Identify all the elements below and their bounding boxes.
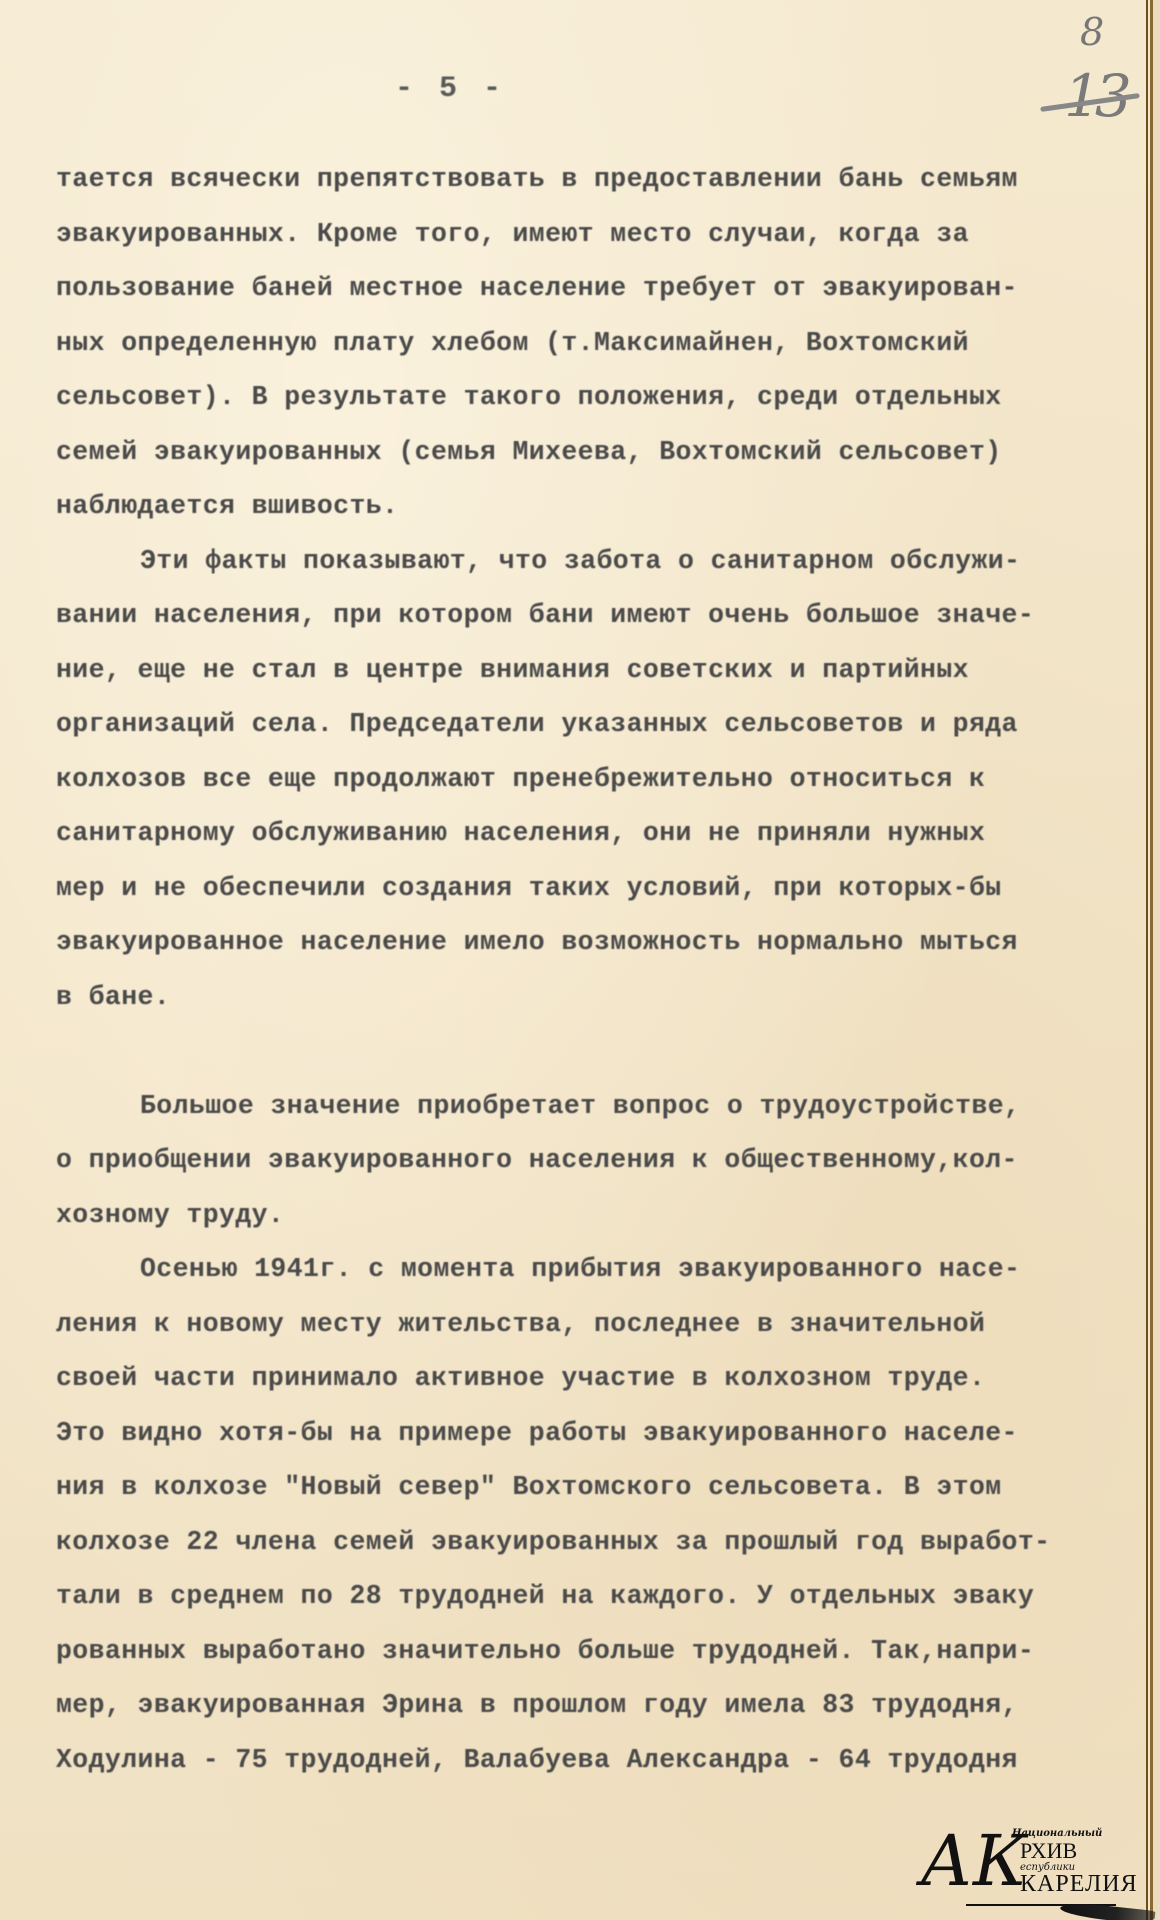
text-line: Эти факты показывают, что забота о санит… xyxy=(56,534,1116,589)
text-line: пользование баней местное население треб… xyxy=(56,261,1116,316)
text-line: эвакуированное население имело возможнос… xyxy=(56,915,1116,970)
text-line: наблюдается вшивость. xyxy=(56,479,1116,534)
page-edge-border xyxy=(1153,0,1160,1920)
text-line: ния в колхозе "Новый север" Вохтомского … xyxy=(56,1460,1116,1515)
page-edge-border xyxy=(1146,0,1148,1920)
folio-pencil-mark: 8 13 xyxy=(1040,10,1140,150)
text-line: санитарному обслуживанию населения, они … xyxy=(56,806,1116,861)
logo-line-karelia: КАРЕЛИЯ xyxy=(1020,1872,1138,1896)
typewritten-body: тается всячески препятствовать в предост… xyxy=(56,152,1116,1787)
page-number: - 5 - xyxy=(0,72,900,106)
text-line: тали в среднем по 28 трудодней на каждог… xyxy=(56,1569,1116,1624)
text-line: в бане. xyxy=(56,970,1116,1025)
text-line: Это видно хотя-бы на примере работы эвак… xyxy=(56,1406,1116,1461)
paragraph-gap xyxy=(56,1024,1116,1079)
folio-current-number: 8 xyxy=(1080,10,1104,54)
text-line: Осенью 1941г. с момента прибытия эвакуир… xyxy=(56,1242,1116,1297)
text-line: о приобщении эвакуированного населения к… xyxy=(56,1133,1116,1188)
text-line: своей части принимало активное участие в… xyxy=(56,1351,1116,1406)
text-line: тается всячески препятствовать в предост… xyxy=(56,152,1116,207)
text-line: вании населения, при котором бани имеют … xyxy=(56,588,1116,643)
text-line: Большое значение приобретает вопрос о тр… xyxy=(56,1079,1116,1134)
text-line: колхозов все еще продолжают пренебрежите… xyxy=(56,752,1116,807)
text-line: ных определенную плату хлебом (т.Максима… xyxy=(56,316,1116,371)
logo-line-archive: РХИВ xyxy=(1020,1840,1077,1862)
text-line: хозному труду. xyxy=(56,1188,1116,1243)
text-line: семей эвакуированных (семья Михеева, Вох… xyxy=(56,425,1116,480)
text-line: мер и не обеспечили создания таких услов… xyxy=(56,861,1116,916)
text-line: рованных выработано значительно больше т… xyxy=(56,1624,1116,1679)
text-line: сельсовет). В результате такого положени… xyxy=(56,370,1116,425)
text-line: организаций села. Председатели указанных… xyxy=(56,697,1116,752)
archive-watermark-logo: АК Национальный РХИВ еспублики КАРЕЛИЯ xyxy=(920,1820,1155,1920)
text-line: ние, еще не стал в центре внимания совет… xyxy=(56,643,1116,698)
text-line: Ходулина - 75 трудодней, Валабуева Алекс… xyxy=(56,1733,1116,1788)
text-line: эвакуированных. Кроме того, имеют место … xyxy=(56,207,1116,262)
text-line: колхозе 22 члена семей эвакуированных за… xyxy=(56,1515,1116,1570)
text-line: мер, эвакуированная Эрина в прошлом году… xyxy=(56,1678,1116,1733)
text-line: ления к новому месту жительства, последн… xyxy=(56,1297,1116,1352)
